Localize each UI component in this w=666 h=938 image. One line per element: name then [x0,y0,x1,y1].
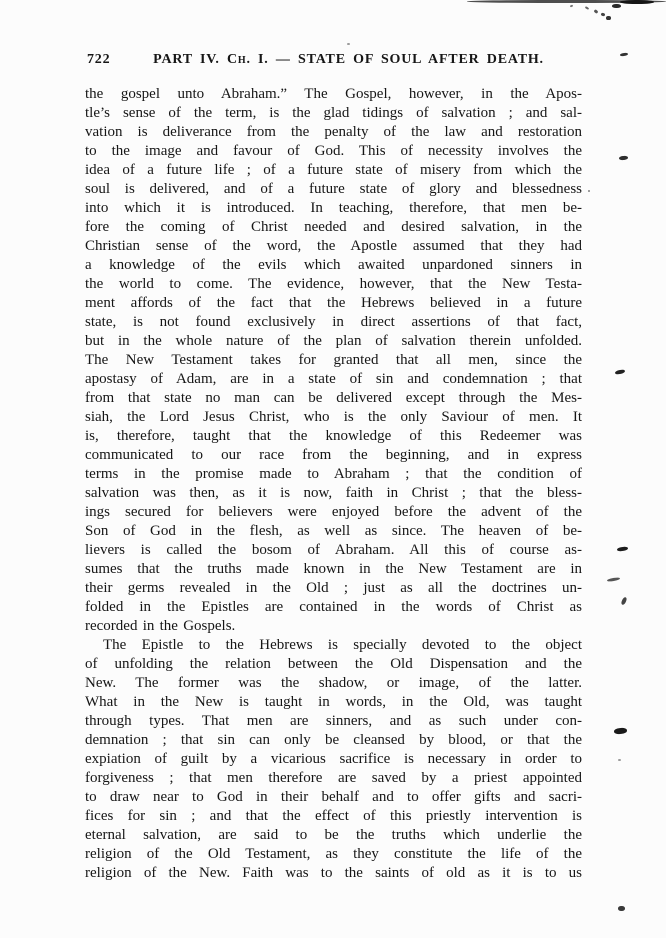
text-line: The New Testament takes for granted that… [85,351,582,370]
text-line: sumes that the truths made known in the … [85,560,582,579]
text-line: fore the coming of Christ needed and des… [85,218,582,237]
text-line: siah, the Lord Jesus Christ, who is the … [85,408,582,427]
text-line: state, is not found exclusively in direc… [85,313,582,332]
text-line: apostasy of Adam, are in a state of sin … [85,370,582,389]
scan-artifact [347,43,350,45]
scan-artifact [619,156,628,161]
scan-artifact [618,759,621,761]
text-line: is, therefore, taught that the knowledge… [85,427,582,446]
text-column: 722 PART IV. Ch. I. — STATE OF SOUL AFTE… [85,52,582,883]
text-line: New. The former was the shadow, or image… [85,674,582,693]
header-part: PART IV. [153,52,219,67]
text-line: religion of the Old Testament, as they c… [85,845,582,864]
text-line: of unfolding the relation between the Ol… [85,655,582,674]
scan-artifact [570,5,574,8]
text-line: expiation of guilt by a vicarious sacrif… [85,750,582,769]
scan-artifact [618,906,625,911]
text-line: vation is deliverance from the penalty o… [85,123,582,142]
text-line: from that state no man can be delivered … [85,389,582,408]
scan-artifact [614,727,627,734]
text-line: Christian sense of the word, the Apostle… [85,237,582,256]
text-line: to the image and favour of God. This of … [85,142,582,161]
text-line: a knowledge of the evils which awaited u… [85,256,582,275]
scan-artifact [601,12,606,16]
scan-artifact [620,0,654,4]
text-line: ment affords of the fact that the Hebrew… [85,294,582,313]
text-line: forgiveness ; that men therefore are sav… [85,769,582,788]
text-line: Son of God in the flesh, as well as sinc… [85,522,582,541]
text-line: the world to come. The evidence, however… [85,275,582,294]
header-chapter: Ch. I. [227,52,269,67]
text-line: terms in the promise made to Abraham ; t… [85,465,582,484]
text-line: idea of a future life ; of a future stat… [85,161,582,180]
text-line: demnation ; that sin can only be cleanse… [85,731,582,750]
scan-artifact [620,597,627,606]
text-line: their germs revealed in the Old ; just a… [85,579,582,598]
scan-artifact [620,52,628,56]
page-number: 722 [87,52,110,68]
text-line: folded in the Epistles are contained in … [85,598,582,617]
body-text: the gospel unto Abraham.” The Gospel, ho… [85,85,582,883]
book-page: 722 PART IV. Ch. I. — STATE OF SOUL AFTE… [0,0,666,938]
text-line: What in the New is taught in words, in t… [85,693,582,712]
text-line: the gospel unto Abraham.” The Gospel, ho… [85,85,582,104]
text-line: through types. That men are sinners, and… [85,712,582,731]
text-line: tle’s sense of the term, is the glad tid… [85,104,582,123]
text-line: ings secured for believers were enjoyed … [85,503,582,522]
text-line: lievers is called the bosom of Abraham. … [85,541,582,560]
scan-artifact [607,577,620,582]
scan-artifact [617,546,628,551]
text-line: salvation was then, as it is now, faith … [85,484,582,503]
text-line: soul is delivered, and of a future state… [85,180,582,199]
paragraph: the gospel unto Abraham.” The Gospel, ho… [85,85,582,636]
scan-artifact [585,6,589,10]
scan-artifact [606,16,611,20]
text-line: fices for sin ; and that the effect of t… [85,807,582,826]
text-line: The Epistle to the Hebrews is specially … [85,636,582,655]
text-line: into which it is introduced. In teaching… [85,199,582,218]
text-line: to draw near to God in their behalf and … [85,788,582,807]
scan-artifact [594,9,599,14]
paragraph: The Epistle to the Hebrews is specially … [85,636,582,883]
header-title: — STATE OF SOUL AFTER DEATH. [276,52,544,67]
text-line: religion of the New. Faith was to the sa… [85,864,582,883]
running-header: 722 PART IV. Ch. I. — STATE OF SOUL AFTE… [85,52,582,69]
text-line: communicated to our race from the beginn… [85,446,582,465]
scan-artifact [612,4,621,8]
text-line: eternal salvation, are said to be the tr… [85,826,582,845]
scan-artifact [615,369,626,375]
scan-artifact [588,190,590,192]
header-title-line: PART IV. Ch. I. — STATE OF SOUL AFTER DE… [85,52,582,68]
text-line: but in the whole nature of the plan of s… [85,332,582,351]
text-line: recorded in the Gospels. [85,617,582,636]
